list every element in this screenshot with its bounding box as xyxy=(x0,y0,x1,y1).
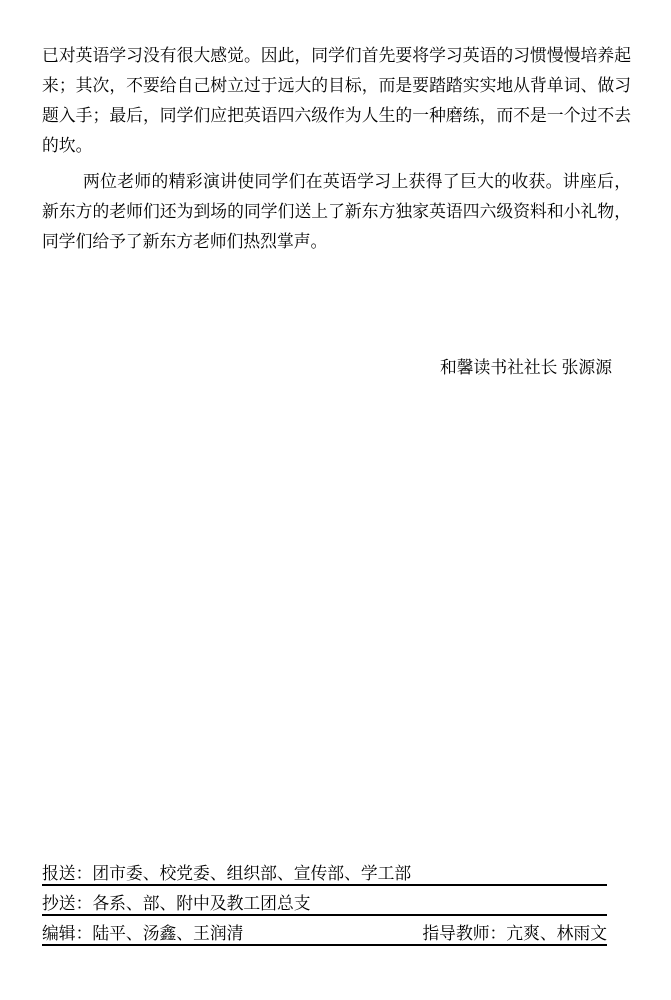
footer-report-text: 报送：团市委、校党委、组织部、宣传部、学工部 xyxy=(42,864,411,884)
document-body: 已对英语学习没有很大感觉。因此，同学们首先要将学习英语的习惯慢慢培养起来；其次，… xyxy=(42,41,631,257)
footer-row-copy: 抄送：各系、部、附中及教工团总支 xyxy=(42,886,607,916)
footer-copy-text: 抄送：各系、部、附中及教工团总支 xyxy=(42,894,311,914)
signature-line: 和馨读书社社长 张源源 xyxy=(440,353,612,383)
paragraph-english-study-advice: 已对英语学习没有很大感觉。因此，同学们首先要将学习英语的习惯慢慢培养起来；其次，… xyxy=(42,41,631,161)
footer-row-report: 报送：团市委、校党委、组织部、宣传部、学工部 xyxy=(42,856,607,886)
footer-row-editors: 编辑：陆平、汤鑫、王润清 指导教师：亢爽、林雨文 xyxy=(42,916,607,946)
footer-distribution-block: 报送：团市委、校党委、组织部、宣传部、学工部 抄送：各系、部、附中及教工团总支 … xyxy=(42,856,607,946)
document-page: 已对英语学习没有很大感觉。因此，同学们首先要将学习英语的习惯慢慢培养起来；其次，… xyxy=(0,0,671,1000)
paragraph-lecture-conclusion: 两位老师的精彩演讲使同学们在英语学习上获得了巨大的收获。讲座后，新东方的老师们还… xyxy=(42,167,631,257)
footer-advisors-text: 指导教师：亢爽、林雨文 xyxy=(422,924,607,944)
footer-editors-text: 编辑：陆平、汤鑫、王润清 xyxy=(42,924,243,944)
